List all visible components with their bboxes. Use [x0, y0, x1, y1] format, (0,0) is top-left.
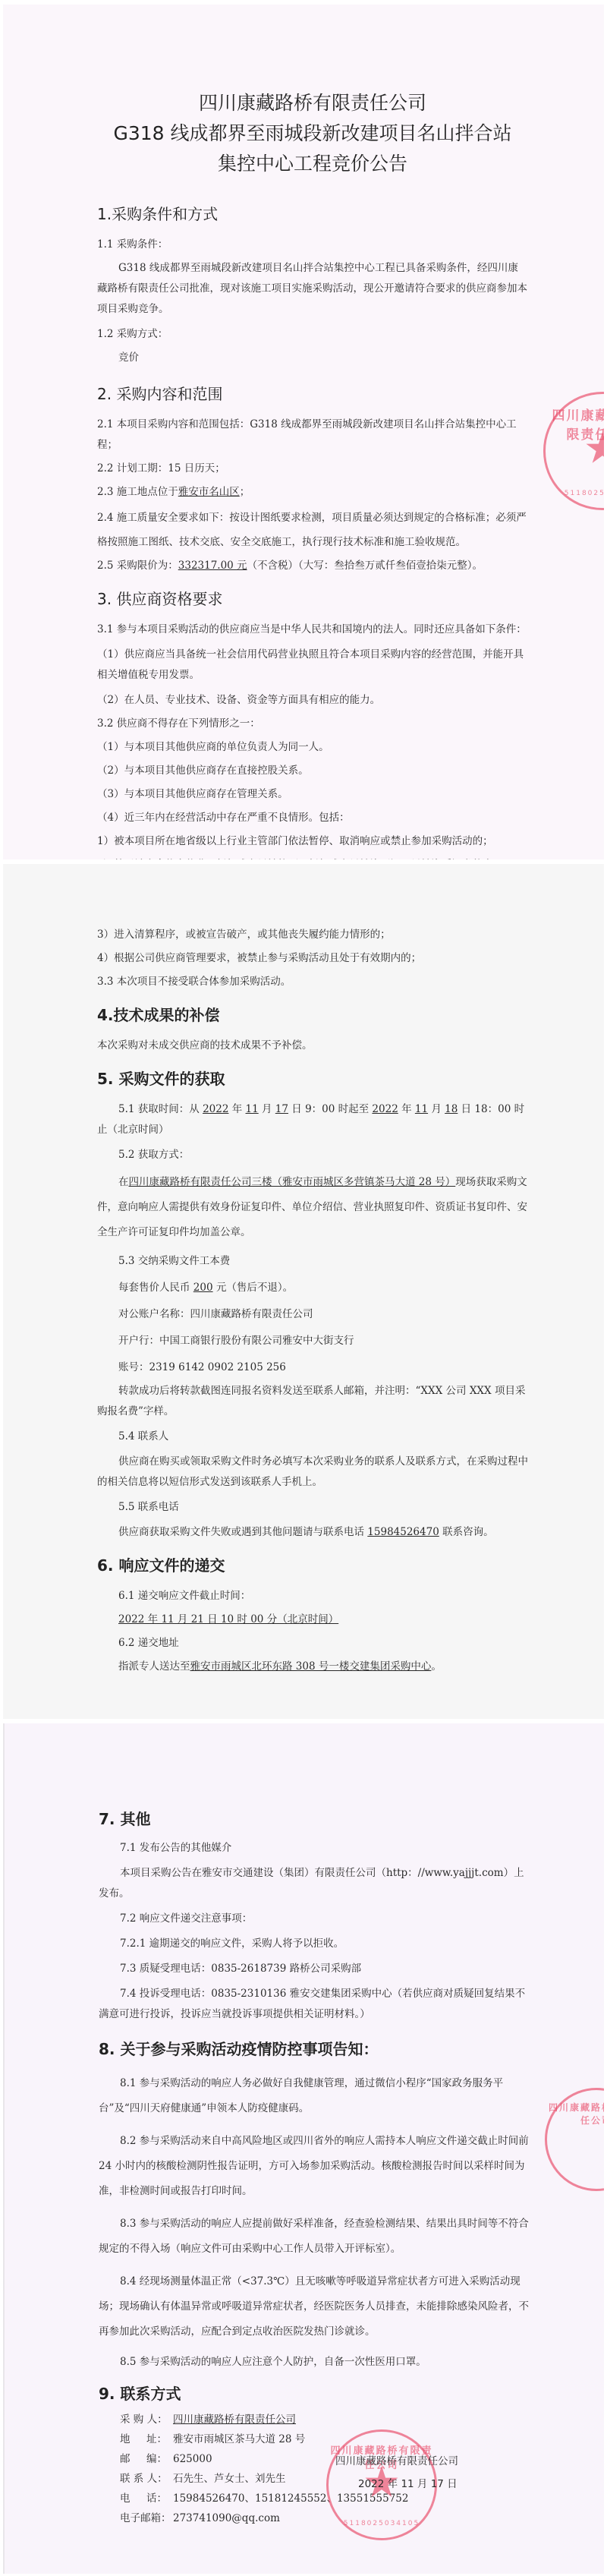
s8-item-4: 8.4 经现场测量体温正常（<37.3℃）且无咳嗽等呼吸道异常症状者方可进入采购…: [99, 2269, 530, 2344]
s5-contact-text: 供应商在购买或领取采购文件时务必填写本次采购业务的联系人及联系方式，在采购过程中…: [97, 1452, 528, 1493]
s3-item-2a: （1）与本项目其他供应商的单位负责人为同一人。: [97, 737, 528, 758]
signature-date: 2022 年 11 月 17 日: [358, 2475, 458, 2490]
s6-address-label: 6.2 递交地址: [97, 1633, 528, 1654]
contact-row-postcode: 邮 编：625000: [120, 2449, 530, 2469]
s8-item-3: 8.3 参与采购活动的响应人应提前做好采样准备，经查验检测结果、结果出具时间等不…: [99, 2212, 530, 2262]
section-9-heading: 9. 联系方式: [99, 2382, 530, 2404]
section-2-heading: 2. 采购内容和范围: [97, 382, 528, 404]
s6-deadline-label: 6.1 递交响应文件截止时间：: [97, 1586, 528, 1606]
document-title-line1: 四川康藏路桥有限责任公司: [97, 88, 528, 118]
contact-row-purchaser: 采 购 人：四川康藏路桥有限责任公司: [120, 2410, 530, 2429]
s7-media-text: 本项目采购公告在雅安市交通建设（集团）有限责任公司（http：//www.yaj…: [99, 1863, 530, 1904]
account-name: 对公账户名称：四川康藏路桥有限责任公司: [97, 1304, 528, 1325]
price-limit: 332317.00 元: [178, 560, 247, 572]
section-6-heading: 6. 响应文件的递交: [97, 1553, 528, 1575]
s5-method-label: 5.2 获取方式：: [97, 1145, 528, 1165]
s3-item-2d4: 4）根据公司供应商管理要求，被禁止参与采购活动且处于有效期内的；: [97, 948, 528, 969]
s7-notes-label: 7.2 响应文件递交注意事项：: [99, 1909, 530, 1929]
contact-row-phone: 电 话：15984526470、15181245552、13551555752: [120, 2489, 530, 2508]
s2-item-1: 2.1 本项目采购内容和范围包括：G318 线成都界至雨城段新改建项目名山拌合站…: [97, 415, 528, 456]
s6-deadline-value: 2022 年 11 月 21 日 10 时 00 分（北京时间）: [97, 1610, 528, 1630]
s6-address-text: 指派专人送达至雅安市雨城区北环东路 308 号一楼交建集团采购中心。: [97, 1657, 528, 1677]
section-7-heading: 7. 其他: [99, 1807, 530, 1829]
fee-amount: 200: [193, 1282, 213, 1294]
document-title-line2: G318 线成都界至雨城段新改建项目名山拌合站: [97, 118, 528, 149]
contact-table: 采 购 人：四川康藏路桥有限责任公司 地 址：雅安市雨城区茶马大道 28 号 邮…: [99, 2410, 530, 2528]
bank-name: 开户行：中国工商银行股份有限公司雅安中大街支行: [97, 1331, 528, 1351]
s2-item-3: 2.3 施工地点位于雅安市名山区；: [97, 482, 528, 503]
submission-address: 雅安市雨城区北环东路 308 号一楼交建集团采购中心: [190, 1660, 432, 1673]
s3-item-2b: （2）与本项目其他供应商存在直接控股关系。: [97, 761, 528, 781]
company-seal-partial: ★ 四川康藏路桥有限责任公司 5118025034105: [543, 392, 604, 510]
s7-query-phone: 7.3 质疑受理电话：0835-2618739 路桥公司采购部: [99, 1959, 530, 1979]
s3-item-1b: （2）在人员、专业技术、设备、资金等方面具有相应的能力。: [97, 690, 528, 711]
s1-condition-label: 1.1 采购条件：: [97, 235, 528, 255]
page-2: 3）进入清算程序，或被宣告破产，或其他丧失履约能力情形的； 4）根据公司供应商管…: [3, 864, 604, 1719]
acquisition-location: 四川康藏路桥有限责任公司三楼（雅安市雨城区多营镇茶马大道 28 号）: [129, 1176, 456, 1188]
s3-item-2d3: 3）进入清算程序，或被宣告破产，或其他丧失履约能力情形的；: [97, 925, 528, 945]
s8-item-5: 8.5 参与采购活动的响应人应注意个人防护，自备一次性医用口罩。: [99, 2352, 530, 2373]
contact-phone: 15984526470: [367, 1526, 439, 1538]
account-number: 账号：2319 6142 0902 2105 256: [97, 1357, 528, 1378]
s3-item-3: 3.3 本次项目不接受联合体参加采购活动。: [97, 972, 528, 992]
signature-company: 四川康藏路桥有限责任公司: [335, 2452, 458, 2467]
s3-item-2d: （4）近三年内在经营活动中存在严重不良情形。包括：: [97, 808, 528, 828]
document-title-line3: 集控中心工程竞价公告: [97, 149, 528, 179]
s7-media-label: 7.1 发布公告的其他媒介: [99, 1838, 530, 1859]
s7-note-1: 7.2.1 逾期递交的响应文件，采购人将予以拒收。: [99, 1934, 530, 1954]
s3-item-1: 3.1 参与本项目采购活动的供应商应当是中华人民共和国境内的法人。同时还应具备如…: [97, 620, 528, 640]
section-3-heading: 3. 供应商资格要求: [97, 587, 528, 609]
page-1: 四川康藏路桥有限责任公司 G318 线成都界至雨城段新改建项目名山拌合站 集控中…: [3, 5, 604, 859]
s5-phone-text: 供应商获取采购文件失败或遇到其他问题请与联系电话 15984526470 联系咨…: [97, 1522, 528, 1543]
s3-item-2d2: 2）处于被责令停产停业、暂扣或者吊销执照、暂扣或者吊销许可证、吊销资质证书状态；: [97, 855, 528, 859]
s7-complaint-phone: 7.4 投诉受理电话：0835-2310136 雅安交建集团采购中心（若供应商对…: [99, 1984, 530, 2025]
site-location: 雅安市名山区: [178, 486, 240, 498]
s5-method-text: 在四川康藏路桥有限责任公司三楼（雅安市雨城区多营镇茶马大道 28 号）现场获取采…: [97, 1170, 528, 1245]
s5-time: 5.1 获取时间：从 2022 年 11 月 17 日 9：00 时起至 202…: [97, 1099, 528, 1140]
page-3: 7. 其他 7.1 发布公告的其他媒介 本项目采购公告在雅安市交通建设（集团）有…: [3, 1723, 604, 2574]
s3-item-2c: （3）与本项目其他供应商存在管理关系。: [97, 784, 528, 805]
s1-condition-text: G318 线成都界至雨城段新改建项目名山拌合站集控中心工程已具备采购条件，经四川…: [97, 258, 528, 320]
contact-row-email[interactable]: 电子邮箱：273741090@qq.com: [120, 2508, 530, 2528]
s5-fee-label: 5.3 交纳采购文件工本费: [97, 1251, 528, 1272]
s2-item-2: 2.2 计划工期：15 日历天；: [97, 459, 528, 479]
s5-phone-label: 5.5 联系电话: [97, 1497, 528, 1518]
section-5-heading: 5. 采购文件的获取: [97, 1067, 528, 1089]
s2-item-5: 2.5 采购限价为：332317.00 元（不含税）（大写：叁拾叁万贰仟叁佰壹拾…: [97, 556, 528, 576]
section-4-heading: 4.技术成果的补偿: [97, 1003, 528, 1025]
s1-method-label: 1.2 采购方式：: [97, 324, 528, 345]
s3-item-2d1: 1）被本项目所在地省级以上行业主管部门依法暂停、取消响应或禁止参加采购活动的；: [97, 831, 528, 852]
s3-item-1a: （1）供应商应当具备统一社会信用代码营业执照且符合本项目采购内容的经营范围，并能…: [97, 645, 528, 686]
s3-item-2: 3.2 供应商不得存在下列情形之一：: [97, 714, 528, 734]
company-seal-partial-right: 四川康藏路桥有限责任公司: [545, 2088, 604, 2191]
contact-row-persons: 联 系 人：石先生、芦女士、刘先生: [120, 2469, 530, 2489]
s4-text: 本次采购对未成交供应商的技术成果不予补偿。: [97, 1036, 528, 1056]
transfer-note: 转款成功后将转款截图连同报名资料发送至联系人邮箱，并注明：“XXX 公司 XXX…: [97, 1381, 528, 1422]
section-1-heading: 1.采购条件和方式: [97, 202, 528, 224]
s8-item-2: 8.2 参与采购活动来自中高风险地区或四川省外的响应人需持本人响应文件递交截止时…: [99, 2129, 530, 2204]
s5-contact-label: 5.4 联系人: [97, 1427, 528, 1447]
s1-method-text: 竞价: [97, 348, 528, 368]
s2-item-4: 2.4 施工质量安全要求如下：按设计图纸要求检测，项目质量必须达到规定的合格标准…: [97, 506, 528, 554]
section-8-heading: 8. 关于参与采购活动疫情防控事项告知：: [99, 2037, 530, 2059]
contact-row-address: 地 址：雅安市雨城区茶马大道 28 号: [120, 2429, 530, 2449]
s8-item-1: 8.1 参与采购活动的响应人务必做好自我健康管理，通过微信小程序“国家政务服务平…: [99, 2071, 530, 2121]
s5-fee-text: 每套售价人民币 200 元（售后不退）。: [97, 1278, 528, 1298]
